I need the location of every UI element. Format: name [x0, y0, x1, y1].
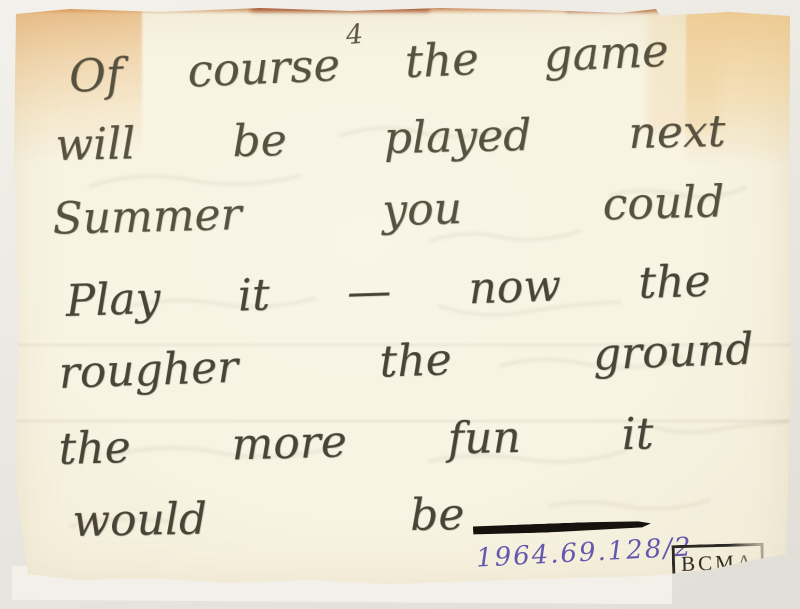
- burn-spot: [565, 6, 685, 12]
- museum-stamp-text: BCMA: [681, 550, 755, 577]
- manuscript-page: 4 Of course the game will be played next…: [10, 6, 793, 590]
- handwriting-line-7: would be: [72, 491, 465, 546]
- museum-stamp: BCMA: [672, 543, 765, 584]
- scanned-document: 4 Of course the game will be played next…: [0, 0, 800, 609]
